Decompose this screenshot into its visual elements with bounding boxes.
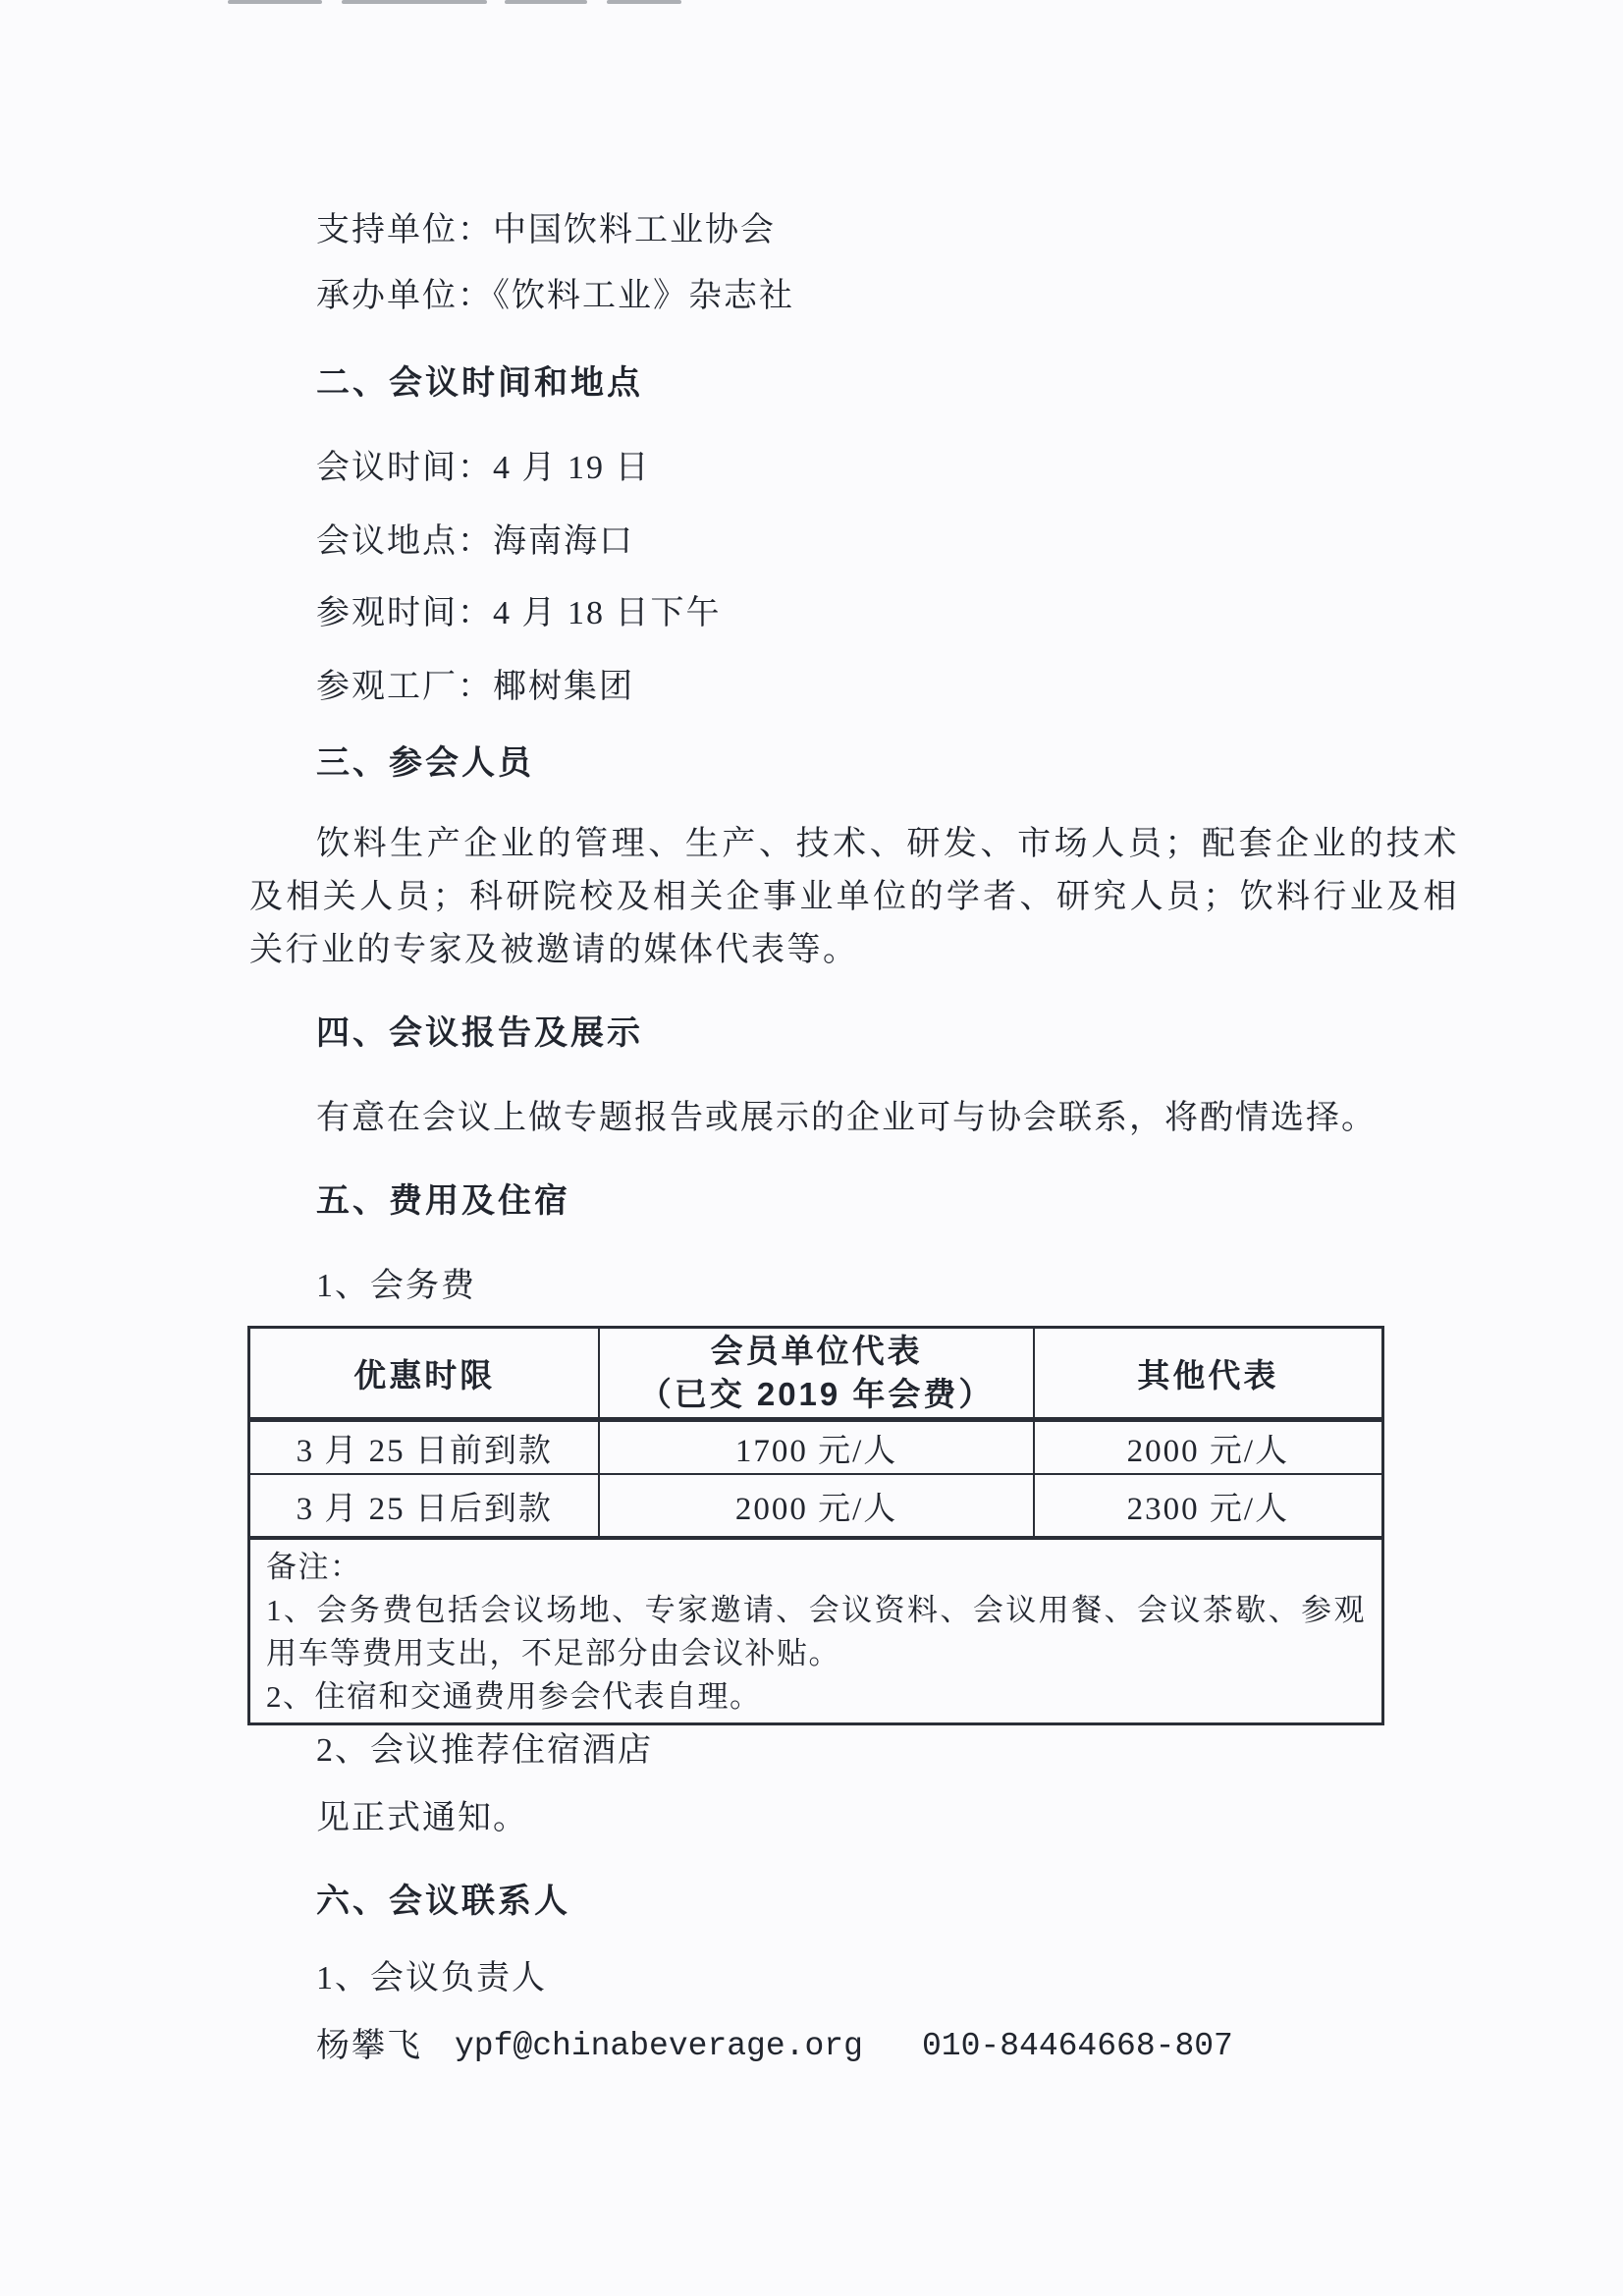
fee-table-header-member-line1: 会员单位代表 <box>600 1330 1032 1373</box>
scan-artifact-dash <box>505 0 587 4</box>
hotel-note-line: 见正式通知。 <box>316 1796 528 1841</box>
fee-member-cell: 2000 元/人 <box>599 1474 1033 1538</box>
fee-table: 优惠时限 会员单位代表 （已交 2019 年会费） 其他代表 3 月 25 日前… <box>247 1326 1384 1725</box>
scan-artifact-dash <box>607 0 681 4</box>
section-heading-reports: 四、会议报告及展示 <box>316 1011 643 1056</box>
participants-paragraph: 饮料生产企业的管理、生产、技术、研发、市场人员；配套企业的技术及相关人员；科研院… <box>249 818 1459 977</box>
fee-table-header-member-line2: （已交 2019 年会费） <box>600 1373 1032 1416</box>
visit-time-line: 参观时间：4 月 18 日下午 <box>316 591 722 636</box>
section-heading-participants: 三、参会人员 <box>316 740 534 786</box>
section-heading-time-place: 二、会议时间和地点 <box>316 360 643 406</box>
section-heading-contacts: 六、会议联系人 <box>316 1879 570 1924</box>
fee-period-cell: 3 月 25 日前到款 <box>249 1420 600 1475</box>
fee-table-header-period: 优惠时限 <box>249 1328 600 1420</box>
fee-table-row-late: 3 月 25 日后到款 2000 元/人 2300 元/人 <box>249 1474 1383 1538</box>
fee-other-cell: 2000 元/人 <box>1034 1420 1383 1475</box>
section-heading-fees: 五、费用及住宿 <box>316 1178 570 1224</box>
meeting-place-line: 会议地点：海南海口 <box>316 519 634 565</box>
contact-phone: 010-84464668-807 <box>922 2024 1233 2069</box>
contact-email: ypf@chinabeverage.org <box>455 2024 863 2069</box>
fee-table-notes-row: 备注： 1、会务费包括会议场地、专家邀请、会议资料、会议用餐、会议茶歇、参观用车… <box>249 1538 1383 1724</box>
fee-table-notes-cell: 备注： 1、会务费包括会议场地、专家邀请、会议资料、会议用餐、会议茶歇、参观用车… <box>249 1538 1383 1724</box>
supporter-line: 支持单位：中国饮料工业协会 <box>316 208 776 253</box>
fee-item-label: 1、会务费 <box>316 1264 476 1309</box>
notes-item-1: 1、会务费包括会议场地、专家邀请、会议资料、会议用餐、会议茶歇、参观用车等费用支… <box>266 1589 1366 1675</box>
fee-member-cell: 1700 元/人 <box>599 1420 1033 1475</box>
hotel-item-label: 2、会议推荐住宿酒店 <box>316 1728 653 1774</box>
fee-table-header-other: 其他代表 <box>1034 1328 1383 1420</box>
fee-table-row-early: 3 月 25 日前到款 1700 元/人 2000 元/人 <box>249 1420 1383 1475</box>
scan-artifact-top <box>0 0 1623 6</box>
document-page: 支持单位：中国饮料工业协会 承办单位：《饮料工业》杂志社 二、会议时间和地点 会… <box>0 0 1623 2296</box>
organizer-line: 承办单位：《饮料工业》杂志社 <box>316 274 794 319</box>
contact-item-label: 1、会议负责人 <box>316 1956 547 2001</box>
contact-name: 杨攀飞 <box>316 2024 422 2069</box>
fee-period-cell: 3 月 25 日后到款 <box>249 1474 600 1538</box>
fee-table-header-member: 会员单位代表 （已交 2019 年会费） <box>599 1328 1033 1420</box>
scan-artifact-dash <box>228 0 322 4</box>
visit-factory-line: 参观工厂：椰树集团 <box>316 665 634 710</box>
notes-item-2: 2、住宿和交通费用参会代表自理。 <box>266 1675 1366 1719</box>
fee-table-header-row: 优惠时限 会员单位代表 （已交 2019 年会费） 其他代表 <box>249 1328 1383 1420</box>
meeting-time-line: 会议时间：4 月 19 日 <box>316 446 651 491</box>
scan-artifact-dash <box>342 0 487 4</box>
reports-paragraph: 有意在会议上做专题报告或展示的企业可与协会联系，将酌情选择。 <box>316 1096 1377 1141</box>
contact-row: 杨攀飞 ypf@chinabeverage.org 010-84464668-8… <box>316 2024 1455 2073</box>
notes-title: 备注： <box>266 1546 1366 1589</box>
fee-other-cell: 2300 元/人 <box>1034 1474 1383 1538</box>
